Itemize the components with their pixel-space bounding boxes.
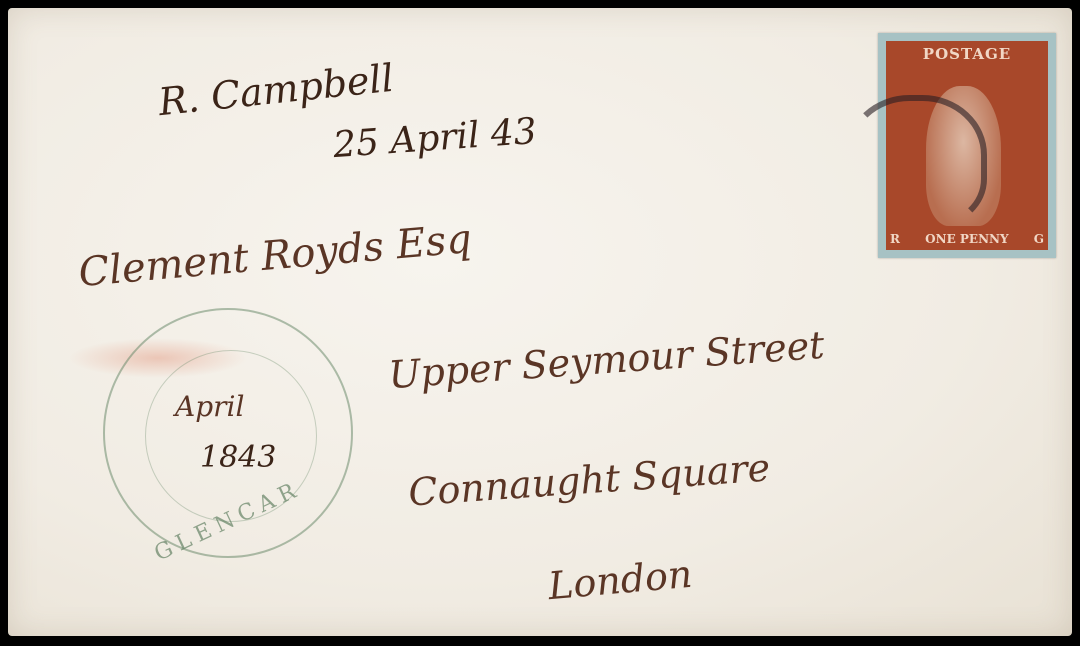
corner-letter-left: R xyxy=(890,232,900,246)
address-line-1: Clement Royds Esq xyxy=(77,216,474,296)
postmark-date: April xyxy=(175,390,244,423)
stamp-value-label: ONE PENNY xyxy=(925,232,1008,246)
stamp-bottom-row: R ONE PENNY G xyxy=(886,232,1048,246)
address-line-4: London xyxy=(546,552,694,608)
sender-note: R. Campbell xyxy=(156,56,395,124)
sender-date: 25 April 43 xyxy=(332,111,538,166)
circular-postmark: GLENCAR April 1843 xyxy=(103,308,353,558)
address-line-2: Upper Seymour Street xyxy=(387,323,826,397)
corner-letter-right: G xyxy=(1034,232,1044,246)
postmark-year: 1843 xyxy=(200,440,276,475)
stamp-top-label: POSTAGE xyxy=(886,45,1048,63)
address-line-3: Connaught Square xyxy=(407,445,772,514)
